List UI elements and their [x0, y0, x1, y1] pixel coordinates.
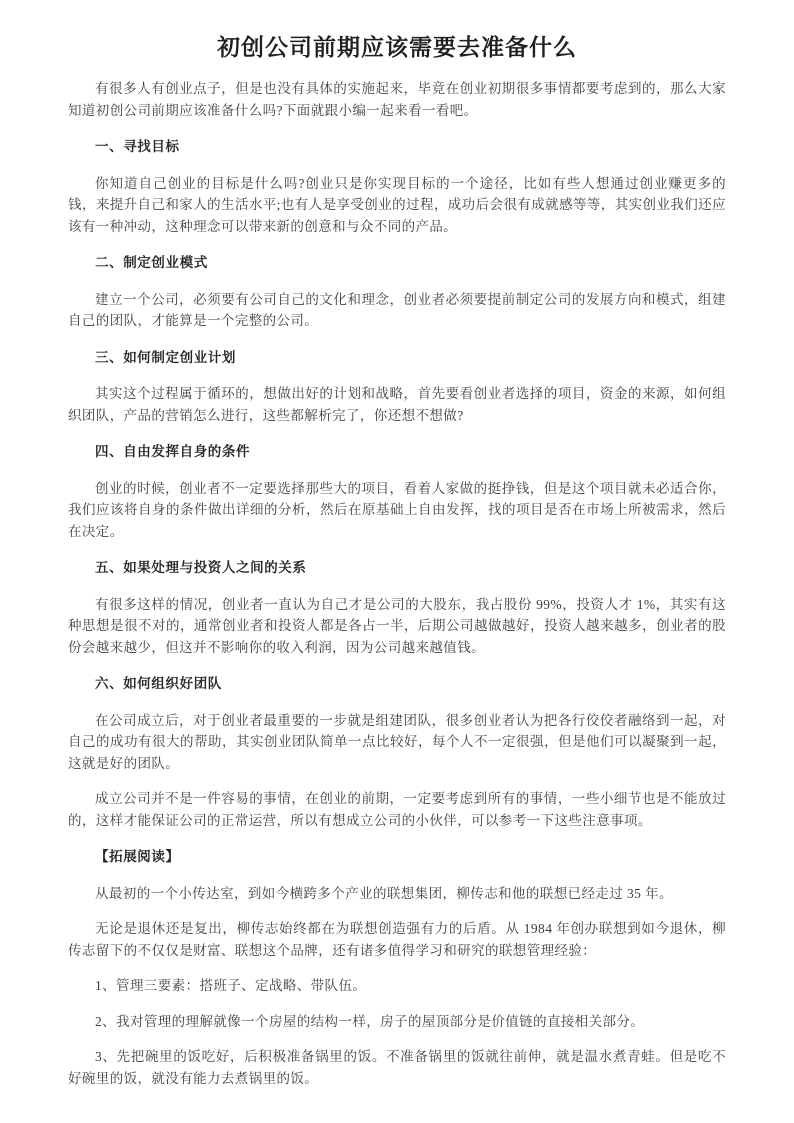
intro-paragraph: 有很多人有创业点子，但是也没有具体的实施起来，毕竟在创业初期很多事情都要考虑到的… [68, 78, 726, 121]
section-3-heading: 三、如何制定创业计划 [68, 347, 726, 369]
section-1-paragraph: 你知道自己创业的目标是什么吗?创业只是你实现目标的一个途径，比如有些人想通过创业… [68, 173, 726, 238]
section-2-heading: 二、制定创业模式 [68, 252, 726, 274]
list-item-2: 2、我对管理的理解就像一个房屋的结构一样，房子的屋顶部分是价值链的直接相关部分。 [68, 1011, 726, 1033]
document-body: 初创公司前期应该需要去准备什么 有很多人有创业点子，但是也没有具体的实施起来，毕… [0, 0, 794, 1089]
section-6-paragraph-2: 成立公司并不是一件容易的事情，在创业的前期，一定要考虑到所有的事情，一些小细节也… [68, 788, 726, 831]
extended-paragraph-1: 从最初的一个小传达室，到如今横跨多个产业的联想集团，柳传志和他的联想已经走过 3… [68, 883, 726, 905]
section-5-paragraph: 有很多这样的情况，创业者一直认为自己才是公司的大股东，我占股份 99%，投资人才… [68, 594, 726, 659]
list-item-1: 1、管理三要素：搭班子、定战略、带队伍。 [68, 975, 726, 997]
list-item-3: 3、先把碗里的饭吃好，后积极准备锅里的饭。不准备锅里的饭就往前伸，就是温水煮青蛙… [68, 1046, 726, 1089]
document-page: 初创公司前期应该需要去准备什么 有很多人有创业点子，但是也没有具体的实施起来，毕… [0, 0, 794, 1123]
extended-reading-heading: 【拓展阅读】 [68, 846, 726, 868]
section-4-paragraph: 创业的时候，创业者不一定要选择那些大的项目，看着人家做的挺挣钱，但是这个项目就未… [68, 478, 726, 543]
section-3-paragraph: 其实这个过程属于循环的，想做出好的计划和战略，首先要看创业者选择的项目，资金的来… [68, 383, 726, 426]
extended-paragraph-2: 无论是退休还是复出，柳传志始终都在为联想创造强有力的后盾。从 1984 年创办联… [68, 918, 726, 961]
section-4-heading: 四、自由发挥自身的条件 [68, 441, 726, 463]
page-title: 初创公司前期应该需要去准备什么 [68, 32, 726, 62]
section-2-paragraph: 建立一个公司，必须要有公司自己的文化和理念，创业者必须要提前制定公司的发展方向和… [68, 289, 726, 332]
section-6-paragraph: 在公司成立后，对于创业者最重要的一步就是组建团队，很多创业者认为把各行佼佼者融络… [68, 710, 726, 775]
section-5-heading: 五、如果处理与投资人之间的关系 [68, 557, 726, 579]
section-6-heading: 六、如何组织好团队 [68, 673, 726, 695]
section-1-heading: 一、寻找目标 [68, 136, 726, 158]
